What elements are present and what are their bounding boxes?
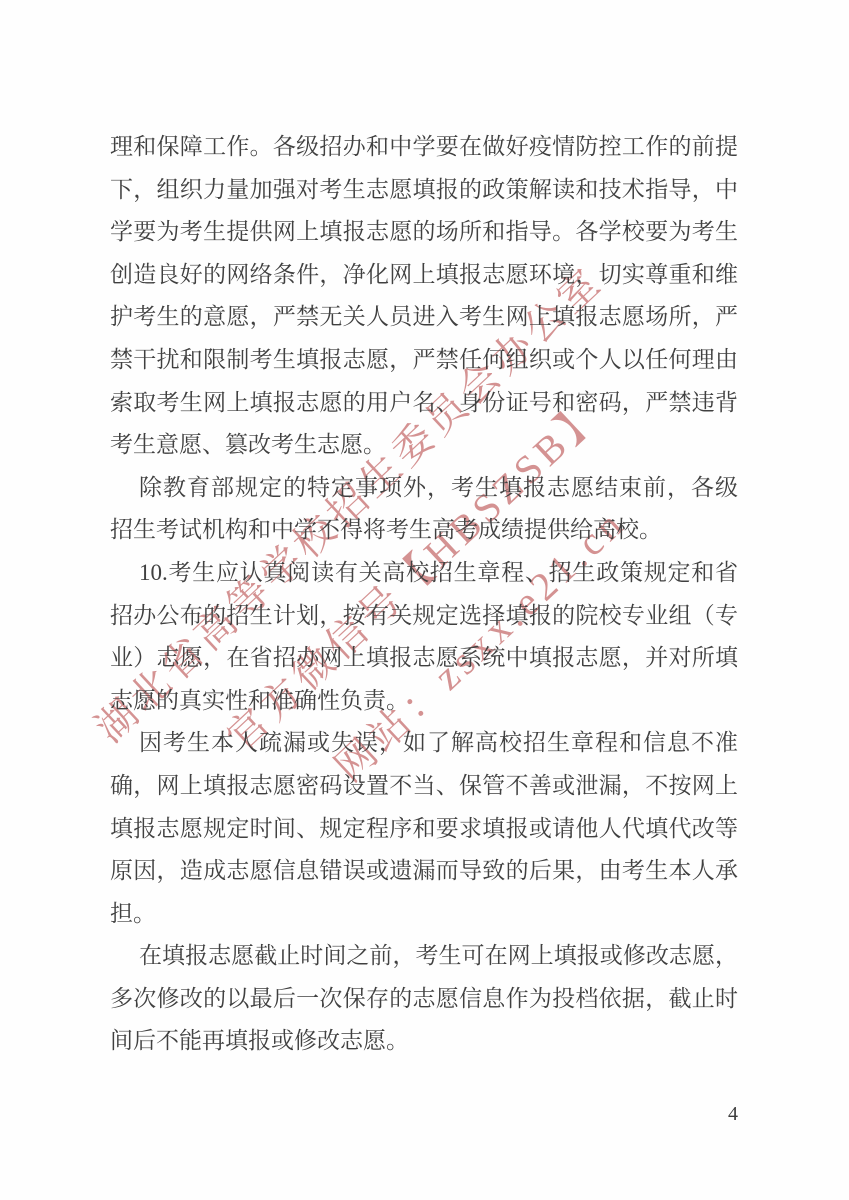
text-line: 下，组织力量加强对考生志愿填报的政策解读和技术指导，中 bbox=[110, 169, 738, 212]
text-line: 多次修改的以最后一次保存的志愿信息作为投档依据，截止时 bbox=[110, 978, 738, 1021]
text-line: 因考生本人疏漏或失误，如了解高校招生章程和信息不准 bbox=[110, 722, 738, 765]
text-line: 确，网上填报志愿密码设置不当、保管不善或泄漏，不按网上 bbox=[110, 765, 738, 808]
text-line: 招办公布的招生计划，按有关规定选择填报的院校专业组（专 bbox=[110, 595, 738, 638]
text-line: 填报志愿规定时间、规定程序和要求填报或请他人代填代改等 bbox=[110, 808, 738, 851]
text-line: 志愿的真实性和准确性负责。 bbox=[110, 680, 738, 723]
text-line: 创造良好的网络条件，净化网上填报志愿环境，切实尊重和维 bbox=[110, 254, 738, 297]
text-line: 索取考生网上填报志愿的用户名、身份证号和密码，严禁违背 bbox=[110, 382, 738, 425]
text-line: 在填报志愿截止时间之前，考生可在网上填报或修改志愿， bbox=[110, 935, 738, 978]
text-line: 理和保障工作。各级招办和中学要在做好疫情防控工作的前提 bbox=[110, 126, 738, 169]
text-line: 考生意愿、篡改考生志愿。 bbox=[110, 424, 738, 467]
text-line: 间后不能再填报或修改志愿。 bbox=[110, 1020, 738, 1063]
text-line: 招生考试机构和中学不得将考生高考成绩提供给高校。 bbox=[110, 509, 738, 552]
text-line: 业）志愿，在省招办网上填报志愿系统中填报志愿，并对所填 bbox=[110, 637, 738, 680]
page-number: 4 bbox=[718, 1103, 748, 1126]
text-line: 10.考生应认真阅读有关高校招生章程、招生政策规定和省 bbox=[110, 552, 738, 595]
document-body: 理和保障工作。各级招办和中学要在做好疫情防控工作的前提下，组织力量加强对考生志愿… bbox=[110, 126, 738, 1063]
text-line: 护考生的意愿，严禁无关人员进入考生网上填报志愿场所，严 bbox=[110, 296, 738, 339]
text-line: 禁干扰和限制考生填报志愿，严禁任何组织或个人以任何理由 bbox=[110, 339, 738, 382]
text-line: 担。 bbox=[110, 893, 738, 936]
text-line: 学要为考生提供网上填报志愿的场所和指导。各学校要为考生 bbox=[110, 211, 738, 254]
text-line: 除教育部规定的特定事项外，考生填报志愿结束前，各级 bbox=[110, 467, 738, 510]
text-line: 原因，造成志愿信息错误或遗漏而导致的后果，由考生本人承 bbox=[110, 850, 738, 893]
document-page: 湖北省高等学校招生委员会办公室 官方微信号【HBSZSB】 网站：zsxx.e2… bbox=[0, 0, 849, 1200]
